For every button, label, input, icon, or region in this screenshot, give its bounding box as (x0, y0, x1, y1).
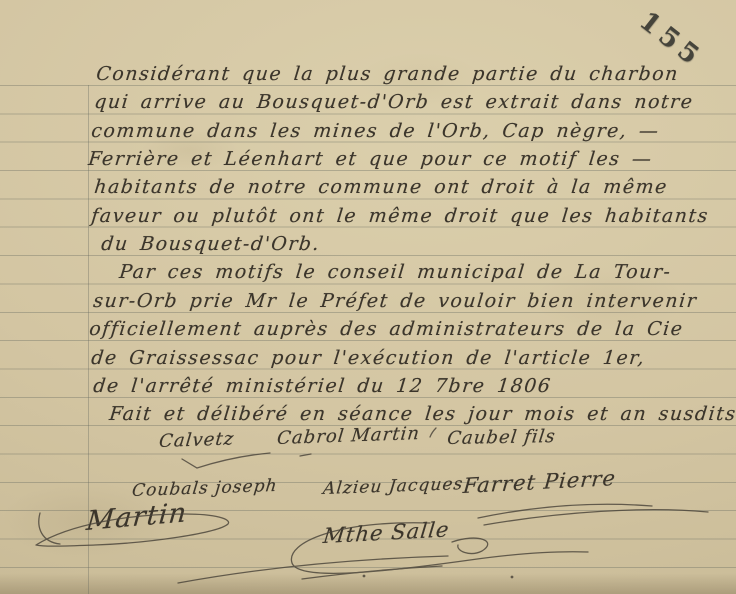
manuscript-line: Considérant que la plus grande partie du… (95, 61, 680, 87)
manuscript-line: Par ces motifs le conseil municipal de L… (118, 259, 673, 285)
manuscript-line: de Graissessac pour l'exécution de l'art… (90, 345, 647, 371)
manuscript-line: qui arrive au Bousquet-d'Orb est extrait… (93, 89, 695, 115)
manuscript-line: Fait et délibéré en séance les jour mois… (108, 401, 736, 427)
manuscript-line: commune dans les mines de l'Orb, Cap nèg… (90, 118, 661, 144)
manuscript-line: habitants de notre commune ont droit à l… (93, 174, 669, 200)
manuscript-line: sur-Orb prie Mr le Préfet de vouloir bie… (92, 288, 699, 314)
manuscript-line: Ferrière et Léenhart et que pour ce moti… (87, 146, 654, 172)
manuscript-line: de l'arrêté ministériel du 12 7bre 1806 (92, 373, 553, 399)
signature: Caubel fils (446, 426, 557, 449)
manuscript-line: officiellement auprès des administrateur… (88, 316, 685, 342)
manuscript-page: 155 Considérant que la plus grande parti… (0, 0, 736, 594)
manuscript-line: faveur ou plutôt ont le même droit que l… (90, 203, 710, 229)
manuscript-line: du Bousquet-d'Orb. (100, 231, 322, 257)
signature: Calvetz (158, 428, 235, 452)
